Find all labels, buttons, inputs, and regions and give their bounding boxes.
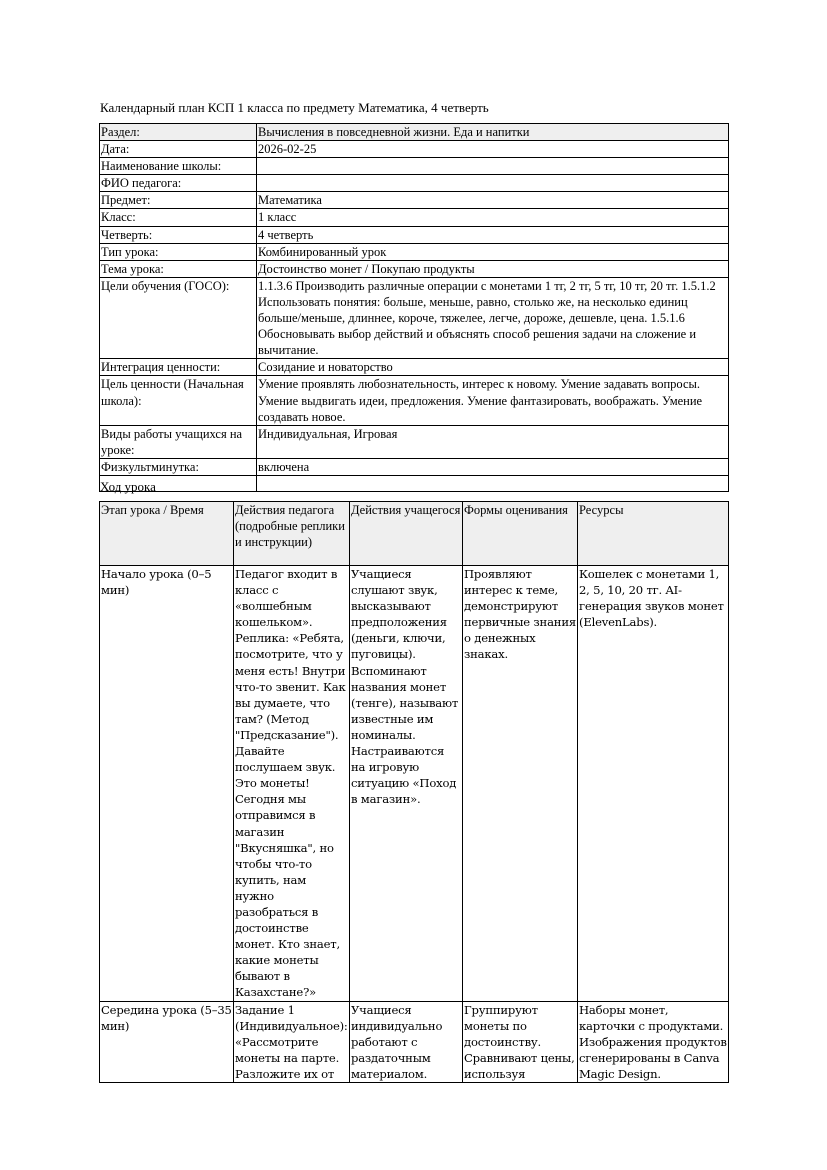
stage-cell: Середина урока (5–35 мин) bbox=[100, 1001, 234, 1082]
info-label: Физкультминутка: bbox=[100, 458, 257, 475]
student-actions-cell: Учащиеся индивидуально работают с раздат… bbox=[350, 1001, 463, 1082]
assessment-cell: Проявляют интерес к теме, демонстрируют … bbox=[463, 566, 578, 1002]
column-header-resources: Ресурсы bbox=[578, 502, 729, 566]
column-header-assessment: Формы оценивания bbox=[463, 502, 578, 566]
info-label: Виды работы учащихся на уроке: bbox=[100, 425, 257, 458]
assessment-cell: Группируют монеты по достоинству. Сравни… bbox=[463, 1001, 578, 1082]
info-value: Достоинство монет / Покупаю продукты bbox=[257, 260, 729, 277]
teacher-actions-cell: Задание 1 (Индивидуальное): «Рассмотрите… bbox=[234, 1001, 350, 1082]
resources-cell: Кошелек с монетами 1, 2, 5, 10, 20 тг. A… bbox=[578, 566, 729, 1002]
info-value: 1 класс bbox=[257, 209, 729, 226]
student-actions-cell: Учащиеся слушают звук, высказывают предп… bbox=[350, 566, 463, 1002]
info-row-value-goal: Цель ценности (Начальная школа): Умение … bbox=[100, 376, 729, 425]
document-title: Календарный план КСП 1 класса по предмет… bbox=[100, 100, 489, 116]
info-row-learning-goals: Цели обучения (ГОСО): 1.1.3.6 Производит… bbox=[100, 277, 729, 358]
info-label: Тема урока: bbox=[100, 260, 257, 277]
info-value: Созидание и новаторство bbox=[257, 359, 729, 376]
stage-cell: Начало урока (0–5 мин) bbox=[100, 566, 234, 1002]
info-value: 1.1.3.6 Производить различные операции с… bbox=[257, 277, 729, 358]
info-row-lesson-type: Тип урока: Комбинированный урок bbox=[100, 243, 729, 260]
info-row-teacher: ФИО педагога: bbox=[100, 175, 729, 192]
plan-row-start: Начало урока (0–5 мин) Педагог входит в … bbox=[100, 566, 729, 1002]
info-row-subject: Предмет: Математика bbox=[100, 192, 729, 209]
info-label: Дата: bbox=[100, 141, 257, 158]
info-value: Вычисления в повседневной жизни. Еда и н… bbox=[257, 124, 729, 141]
info-value: Индивидуальная, Игровая bbox=[257, 425, 729, 458]
info-value: включена bbox=[257, 458, 729, 475]
info-label: Цели обучения (ГОСО): bbox=[100, 277, 257, 358]
teacher-actions-cell: Педагог входит в класс с «волшебным коше… bbox=[234, 566, 350, 1002]
info-value: Умение проявлять любознательность, интер… bbox=[257, 376, 729, 425]
info-label: Цель ценности (Начальная школа): bbox=[100, 376, 257, 425]
section-heading: Ход урока bbox=[100, 479, 156, 495]
lesson-info-table: Раздел: Вычисления в повседневной жизни.… bbox=[99, 123, 729, 492]
plan-row-middle: Середина урока (5–35 мин) Задание 1 (Инд… bbox=[100, 1001, 729, 1082]
info-value: 2026-02-25 bbox=[257, 141, 729, 158]
info-row-empty bbox=[100, 475, 729, 491]
info-value: Комбинированный урок bbox=[257, 243, 729, 260]
info-row-physical-break: Физкультминутка: включена bbox=[100, 458, 729, 475]
column-header-teacher-actions: Действия педагога (подробные реплики и и… bbox=[234, 502, 350, 566]
info-row-section: Раздел: Вычисления в повседневной жизни.… bbox=[100, 124, 729, 141]
plan-header-row: Этап урока / Время Действия педагога (по… bbox=[100, 502, 729, 566]
info-label: Наименование школы: bbox=[100, 158, 257, 175]
info-label: Раздел: bbox=[100, 124, 257, 141]
column-header-student-actions: Действия учащегося bbox=[350, 502, 463, 566]
info-label: Предмет: bbox=[100, 192, 257, 209]
info-row-value-integration: Интеграция ценности: Созидание и новатор… bbox=[100, 359, 729, 376]
info-row-quarter: Четверть: 4 четверть bbox=[100, 226, 729, 243]
info-row-grade: Класс: 1 класс bbox=[100, 209, 729, 226]
info-value bbox=[257, 158, 729, 175]
lesson-plan-table: Этап урока / Время Действия педагога (по… bbox=[99, 501, 729, 1083]
info-label: Класс: bbox=[100, 209, 257, 226]
info-label: Четверть: bbox=[100, 226, 257, 243]
info-label: ФИО педагога: bbox=[100, 175, 257, 192]
info-value: Математика bbox=[257, 192, 729, 209]
info-label: Интеграция ценности: bbox=[100, 359, 257, 376]
resources-cell: Наборы монет, карточки с продуктами. Изо… bbox=[578, 1001, 729, 1082]
info-label: Тип урока: bbox=[100, 243, 257, 260]
info-value: 4 четверть bbox=[257, 226, 729, 243]
info-value bbox=[257, 175, 729, 192]
column-header-stage: Этап урока / Время bbox=[100, 502, 234, 566]
info-row-date: Дата: 2026-02-25 bbox=[100, 141, 729, 158]
info-row-school: Наименование школы: bbox=[100, 158, 729, 175]
info-value bbox=[257, 475, 729, 491]
info-row-lesson-topic: Тема урока: Достоинство монет / Покупаю … bbox=[100, 260, 729, 277]
info-row-work-types: Виды работы учащихся на уроке: Индивидуа… bbox=[100, 425, 729, 458]
